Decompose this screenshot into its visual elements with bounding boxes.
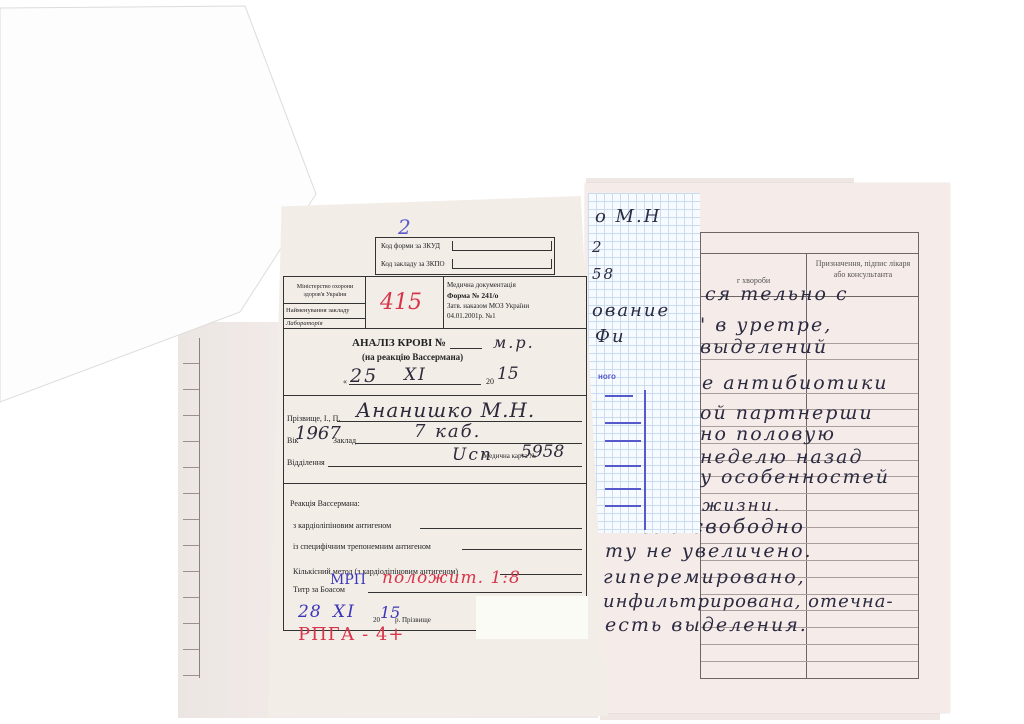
analysis-title: АНАЛІЗ КРОВІ № [352, 337, 446, 349]
sign-month: XI [333, 602, 356, 622]
zkpo-label: Код закладу за ЗКПО [381, 260, 445, 268]
signature-label: р. Прізвище [395, 616, 431, 624]
rpga-result: РПГА - 4+ [298, 624, 404, 645]
titer-field[interactable] [368, 592, 582, 593]
cardiolipin-field[interactable] [420, 528, 582, 529]
redaction-mask [476, 596, 588, 639]
treponemal-field[interactable] [462, 549, 582, 550]
sign-year-prefix: 20 [373, 616, 380, 624]
analysis-subtitle: (на реакцію Вассермана) [362, 352, 463, 362]
surname-value: Ананишко М.Н. [356, 398, 535, 422]
corner-number: 2 [398, 215, 413, 239]
surname-label: Прізвище, І., П. [287, 414, 340, 423]
date-month: XI [404, 365, 427, 385]
approved-label: Затв. наказом МОЗ України [447, 302, 529, 310]
institution-label: Найменування закладу [286, 307, 350, 314]
zkpo-field[interactable] [452, 259, 552, 269]
zkud-label: Код форми за ЗКУД [381, 242, 440, 250]
date-year-prefix: 20 [486, 377, 494, 386]
analysis-note: м.р. [493, 333, 535, 352]
titer-label: Титр за Боасом [293, 585, 345, 594]
medcard-value: 5958 [521, 442, 564, 462]
lab-number: 415 [380, 290, 422, 315]
approved-date: 04.01.2001р. №1 [447, 312, 496, 320]
date-year: 15 [497, 364, 519, 384]
zkud-field[interactable] [452, 241, 552, 251]
titer-result: положит. 1:8 [382, 568, 521, 588]
treponemal-label: із специфічним трепонемним антигеном [293, 542, 431, 551]
cardiolipin-label: з кардіоліпіновим антигеном [293, 521, 391, 530]
department-label: Відділення [287, 458, 325, 467]
facility-value: 7 каб. [414, 421, 481, 442]
date-open-quote: « [343, 377, 347, 386]
doc-label: Медична документація [447, 281, 516, 289]
form-number: Форма № 241/о [447, 291, 498, 300]
ministry-label: Міністерство охорони здоров'я України [287, 283, 363, 299]
facility-label: Заклад [333, 436, 356, 445]
date-day: 25 [350, 365, 378, 387]
sign-day: 28 [298, 602, 322, 622]
laboratory-label: Лабораторія [286, 320, 323, 327]
wasserman-label: Реакція Вассермана: [290, 499, 360, 508]
